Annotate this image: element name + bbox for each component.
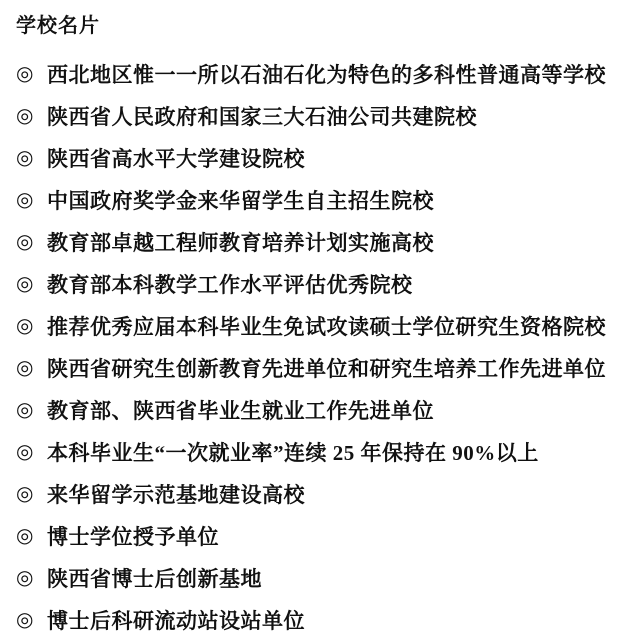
bullseye-bullet-icon: ◎ — [16, 610, 47, 630]
list-item-text: 来华留学示范基地建设高校 — [47, 479, 305, 509]
bullseye-bullet-icon: ◎ — [16, 442, 47, 462]
bullseye-bullet-icon: ◎ — [16, 316, 47, 336]
bullseye-bullet-icon: ◎ — [16, 190, 47, 210]
list-item-text: 教育部本科教学工作水平评估优秀院校 — [47, 269, 413, 299]
list-item: ◎ 博士学位授予单位 — [16, 515, 628, 557]
list-item-text: 推荐优秀应届本科毕业生免试攻读硕士学位研究生资格院校 — [47, 311, 606, 341]
list-item-text: 陕西省博士后创新基地 — [47, 563, 262, 593]
bullseye-bullet-icon: ◎ — [16, 484, 47, 504]
bullseye-bullet-icon: ◎ — [16, 526, 47, 546]
bullseye-bullet-icon: ◎ — [16, 64, 47, 84]
bullseye-bullet-icon: ◎ — [16, 148, 47, 168]
list-item: ◎ 西北地区惟一一所以石油石化为特色的多科性普通高等学校 — [16, 53, 628, 95]
list-item-text: 中国政府奖学金来华留学生自主招生院校 — [47, 185, 434, 215]
list-item-text: 陕西省高水平大学建设院校 — [47, 143, 305, 173]
bullseye-bullet-icon: ◎ — [16, 232, 47, 252]
list-item: ◎ 中国政府奖学金来华留学生自主招生院校 — [16, 179, 628, 221]
credential-list: ◎ 西北地区惟一一所以石油石化为特色的多科性普通高等学校 ◎ 陕西省人民政府和国… — [16, 53, 628, 637]
list-item-text: 教育部卓越工程师教育培养计划实施高校 — [47, 227, 434, 257]
list-item-text: 陕西省研究生创新教育先进单位和研究生培养工作先进单位 — [47, 353, 606, 383]
list-item: ◎ 教育部、陕西省毕业生就业工作先进单位 — [16, 389, 628, 431]
list-item: ◎ 本科毕业生“一次就业率”连续 25 年保持在 90%以上 — [16, 431, 628, 473]
page-title: 学校名片 — [16, 13, 628, 39]
list-item: ◎ 陕西省博士后创新基地 — [16, 557, 628, 599]
list-item-text: 博士学位授予单位 — [47, 521, 219, 551]
bullseye-bullet-icon: ◎ — [16, 274, 47, 294]
list-item: ◎ 陕西省高水平大学建设院校 — [16, 137, 628, 179]
list-item: ◎ 推荐优秀应届本科毕业生免试攻读硕士学位研究生资格院校 — [16, 305, 628, 347]
list-item: ◎ 陕西省研究生创新教育先进单位和研究生培养工作先进单位 — [16, 347, 628, 389]
bullseye-bullet-icon: ◎ — [16, 358, 47, 378]
list-item: ◎ 博士后科研流动站设站单位 — [16, 599, 628, 637]
list-item: ◎ 教育部本科教学工作水平评估优秀院校 — [16, 263, 628, 305]
bullseye-bullet-icon: ◎ — [16, 400, 47, 420]
list-item: ◎ 教育部卓越工程师教育培养计划实施高校 — [16, 221, 628, 263]
list-item: ◎ 陕西省人民政府和国家三大石油公司共建院校 — [16, 95, 628, 137]
bullseye-bullet-icon: ◎ — [16, 568, 47, 588]
list-item: ◎ 来华留学示范基地建设高校 — [16, 473, 628, 515]
list-item-text: 本科毕业生“一次就业率”连续 25 年保持在 90%以上 — [47, 437, 539, 467]
list-item-text: 教育部、陕西省毕业生就业工作先进单位 — [47, 395, 434, 425]
document-page: 学校名片 ◎ 西北地区惟一一所以石油石化为特色的多科性普通高等学校 ◎ 陕西省人… — [0, 0, 636, 637]
list-item-text: 西北地区惟一一所以石油石化为特色的多科性普通高等学校 — [47, 59, 606, 89]
bullseye-bullet-icon: ◎ — [16, 106, 47, 126]
list-item-text: 陕西省人民政府和国家三大石油公司共建院校 — [47, 101, 477, 131]
list-item-text: 博士后科研流动站设站单位 — [47, 605, 305, 635]
